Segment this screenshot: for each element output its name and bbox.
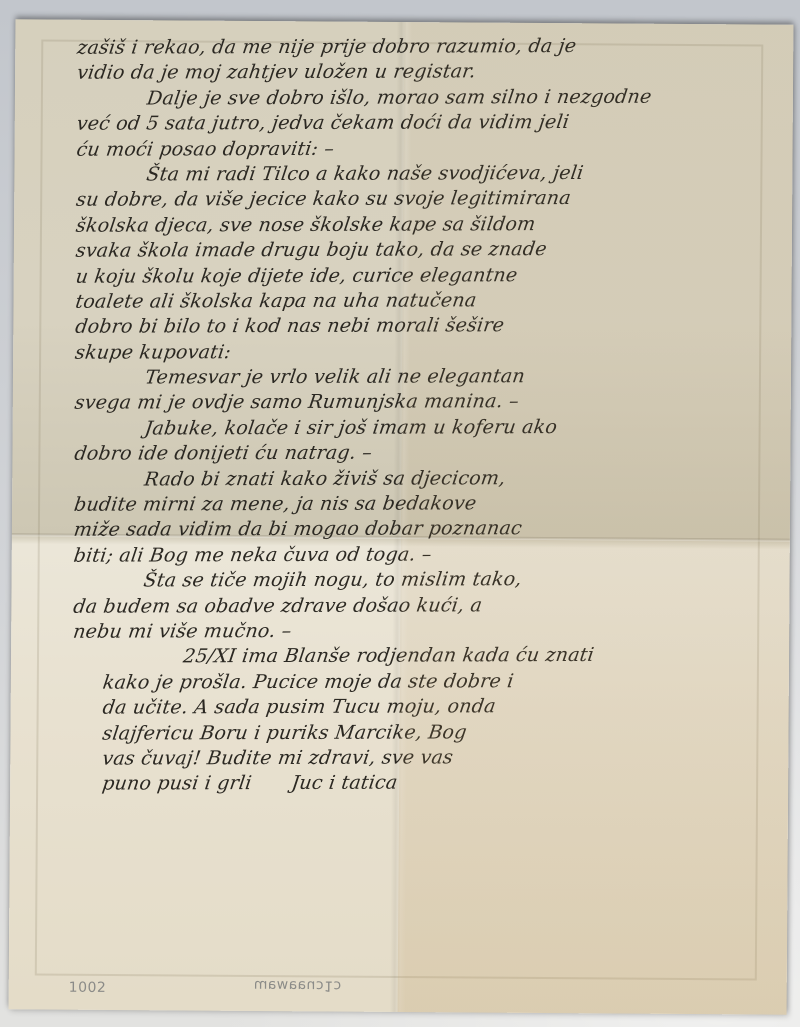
pencil-mark-note: ɯɐʍɐɐuɔ1ɔ <box>254 977 342 994</box>
text-line: vas čuvaj! Budite mi zdravi, sve vas <box>71 744 776 772</box>
text-line: su dobre, da više jecice kako su svoje l… <box>74 186 779 214</box>
text-line: Jabuke, kolače i sir još imam u koferu a… <box>73 414 778 442</box>
text-line: kako je prošla. Pucice moje da ste dobre… <box>71 668 776 696</box>
text-line: ću moći posao dopraviti: – <box>75 135 780 163</box>
text-line: dobro bi bilo to i kod nas nebi morali š… <box>74 313 779 341</box>
text-line: školska djeca, sve nose školske kape sa … <box>74 211 779 239</box>
text-line: dobro ide donijeti ću natrag. – <box>73 440 778 468</box>
text-line: slajfericu Boru i puriks Marcike, Bog <box>71 719 776 747</box>
text-line: skupe kupovati: <box>73 338 778 366</box>
text-line: da učite. A sada pusim Tucu moju, onda <box>71 693 776 721</box>
pencil-mark-number: 1002 <box>69 980 107 996</box>
text-line: Rado bi znati kako živiš sa djecicom, <box>73 465 778 493</box>
closing-line: puno pusi i grli Juc i tatica <box>70 770 775 798</box>
text-line: Šta se tiče mojih nogu, to mislim tako, <box>72 566 777 594</box>
text-line: Temesvar je vrlo velik ali ne elegantan <box>73 363 778 391</box>
text-line: nebu mi više mučno. – <box>71 617 776 645</box>
text-line: toalete ali školska kapa na uha natučena <box>74 287 779 315</box>
text-line: zašiš i rekao, da me nije prije dobro ra… <box>76 33 781 61</box>
handwritten-text: zašiš i rekao, da me nije prije dobro ra… <box>72 36 777 803</box>
text-line: da budem sa obadve zdrave došao kući, a <box>72 592 777 620</box>
text-line: budite mirni za mene, ja nis sa bedakove <box>72 490 777 518</box>
text-line: svaka škola imade drugu boju tako, da se… <box>74 236 779 264</box>
text-line: Šta mi radi Tilco a kako naše svodjićeva… <box>75 160 780 188</box>
text-line: već od 5 sata jutro, jedva čekam doći da… <box>75 109 780 137</box>
signature: Juc i tatica <box>290 771 399 797</box>
text-line: Dalje je sve dobro išlo, morao sam silno… <box>75 84 780 112</box>
text-line: u koju školu koje dijete ide, curice ele… <box>74 262 779 290</box>
text-line: miže sada vidim da bi mogao dobar poznan… <box>72 516 777 544</box>
text-line: biti; ali Bog me neka čuva od toga. – <box>72 541 777 569</box>
closing-text: puno pusi i grli <box>100 771 253 797</box>
text-line: svega mi je ovdje samo Rumunjska manina.… <box>73 389 778 417</box>
text-line: 25/XI ima Blanše rodjendan kada ću znati <box>71 643 776 671</box>
letter-sheet: zašiš i rekao, da me nije prije dobro ra… <box>9 19 794 1014</box>
text-line: vidio da je moj zahtjev uložen u regista… <box>75 59 780 87</box>
